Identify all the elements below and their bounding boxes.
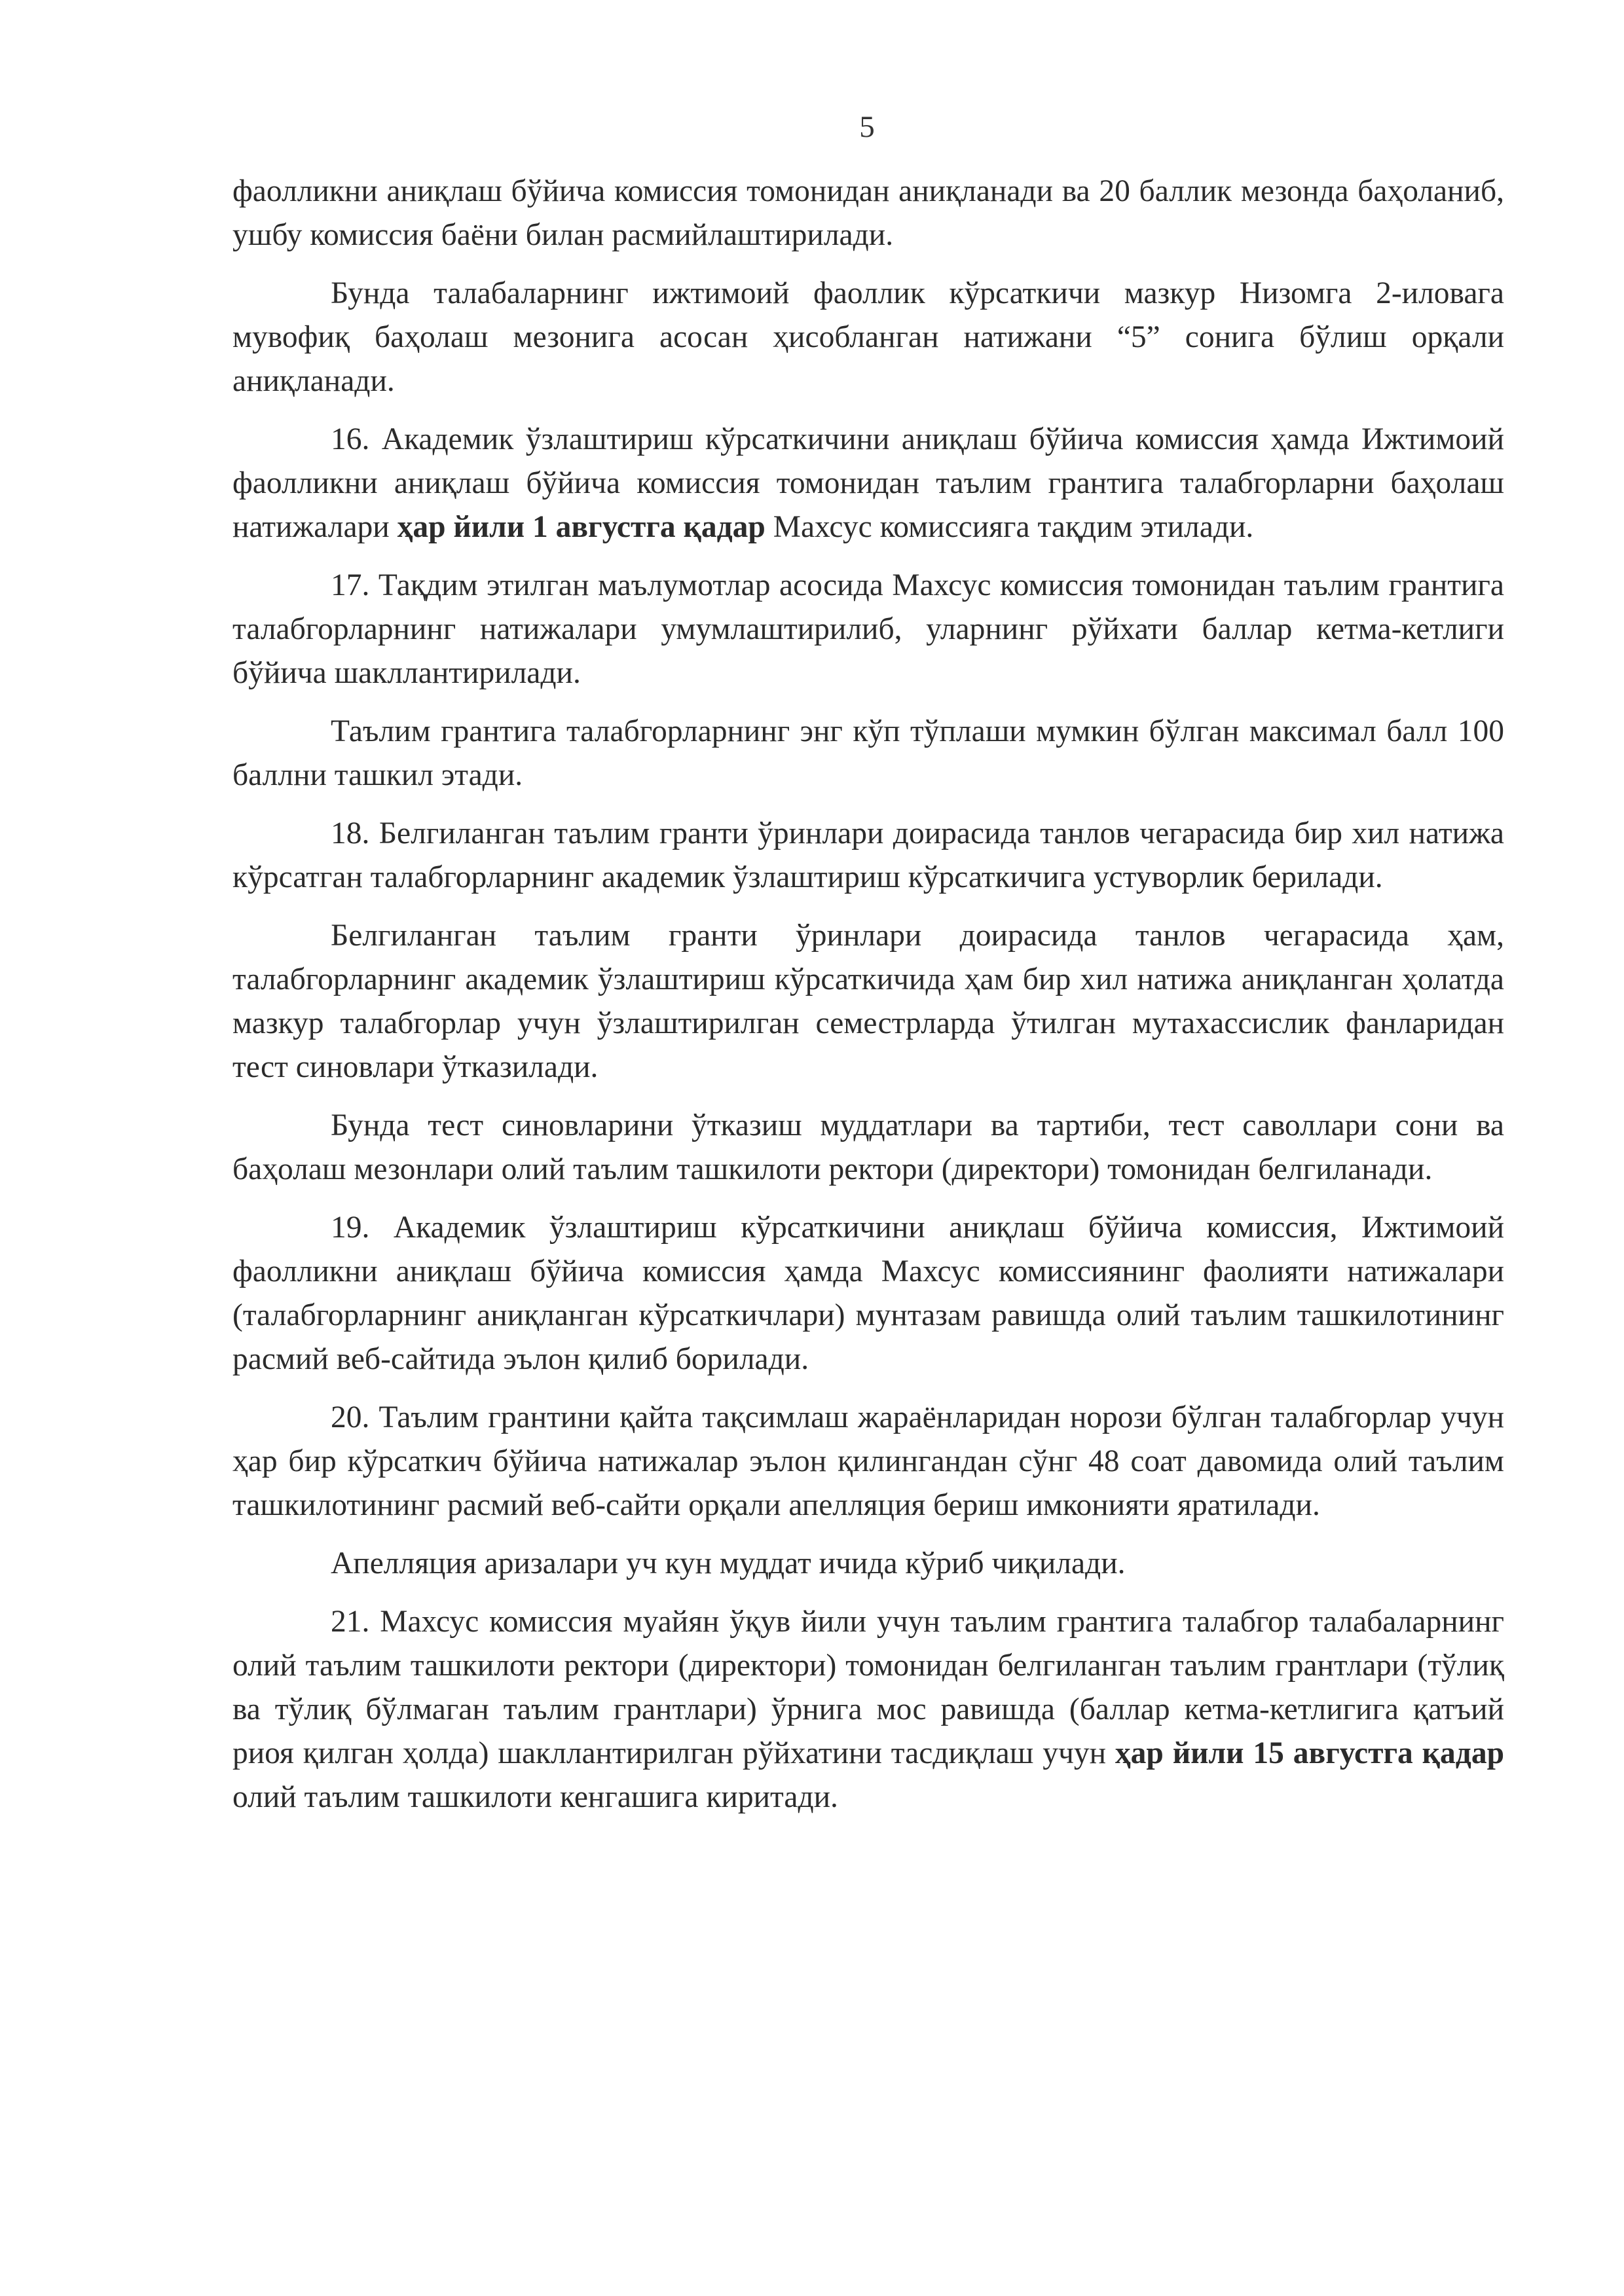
- deadline-emphasis: ҳар йили 1 августга қадар: [397, 510, 766, 544]
- paragraph-item-19: 19. Академик ўзлаштириш кўрсаткичини ани…: [232, 1206, 1504, 1381]
- document-body: фаолликни аниқлаш бўйича комиссия томони…: [232, 170, 1504, 1819]
- paragraph-appeal-review: Апелляция аризалари уч кун муддат ичида …: [232, 1542, 1504, 1586]
- paragraph-text: Белгиланган таълим гранти ўринлари доира…: [232, 919, 1504, 1084]
- paragraph-text: 17. Тақдим этилган маълумотлар асосида М…: [232, 568, 1504, 690]
- page-number: 5: [802, 109, 932, 145]
- paragraph-social-activity-score: Бунда талабаларнинг ижтимоий фаоллик кўр…: [232, 272, 1504, 403]
- paragraph-text: олий таълим ташкилоти кенгашига киритади…: [232, 1780, 838, 1814]
- paragraph-item-20: 20. Таълим грантини қайта тақсимлаш жара…: [232, 1396, 1504, 1527]
- paragraph-item-16: 16. Академик ўзлаштириш кўрсаткичини ани…: [232, 418, 1504, 549]
- paragraph-text: Таълим грантига талабгорларнинг энг кўп …: [232, 714, 1504, 792]
- paragraph-item-18: 18. Белгиланган таълим гранти ўринлари д…: [232, 812, 1504, 900]
- paragraph-text: Апелляция аризалари уч кун муддат ичида …: [331, 1546, 1126, 1580]
- paragraph-continuation: фаолликни аниқлаш бўйича комиссия томони…: [232, 170, 1504, 257]
- paragraph-text: 19. Академик ўзлаштириш кўрсаткичини ани…: [232, 1211, 1504, 1376]
- paragraph-text: Бунда талабаларнинг ижтимоий фаоллик кўр…: [232, 276, 1504, 398]
- paragraph-text: 20. Таълим грантини қайта тақсимлаш жара…: [232, 1400, 1504, 1522]
- paragraph-max-score: Таълим грантига талабгорларнинг энг кўп …: [232, 710, 1504, 797]
- paragraph-item-17: 17. Тақдим этилган маълумотлар асосида М…: [232, 564, 1504, 695]
- deadline-emphasis: ҳар йили 15 августга қадар: [1115, 1736, 1504, 1770]
- paragraph-text: Махсус комиссияга тақдим этилади.: [766, 510, 1253, 544]
- paragraph-tie-breaker: Белгиланган таълим гранти ўринлари доира…: [232, 914, 1504, 1089]
- paragraph-text: Бунда тест синовларини ўтказиш муддатлар…: [232, 1108, 1504, 1186]
- paragraph-text: фаолликни аниқлаш бўйича комиссия томони…: [232, 174, 1504, 252]
- paragraph-test-rules: Бунда тест синовларини ўтказиш муддатлар…: [232, 1104, 1504, 1192]
- paragraph-item-21: 21. Махсус комиссия муайян ўқув йили учу…: [232, 1600, 1504, 1819]
- paragraph-text: 18. Белгиланган таълим гранти ўринлари д…: [232, 816, 1504, 894]
